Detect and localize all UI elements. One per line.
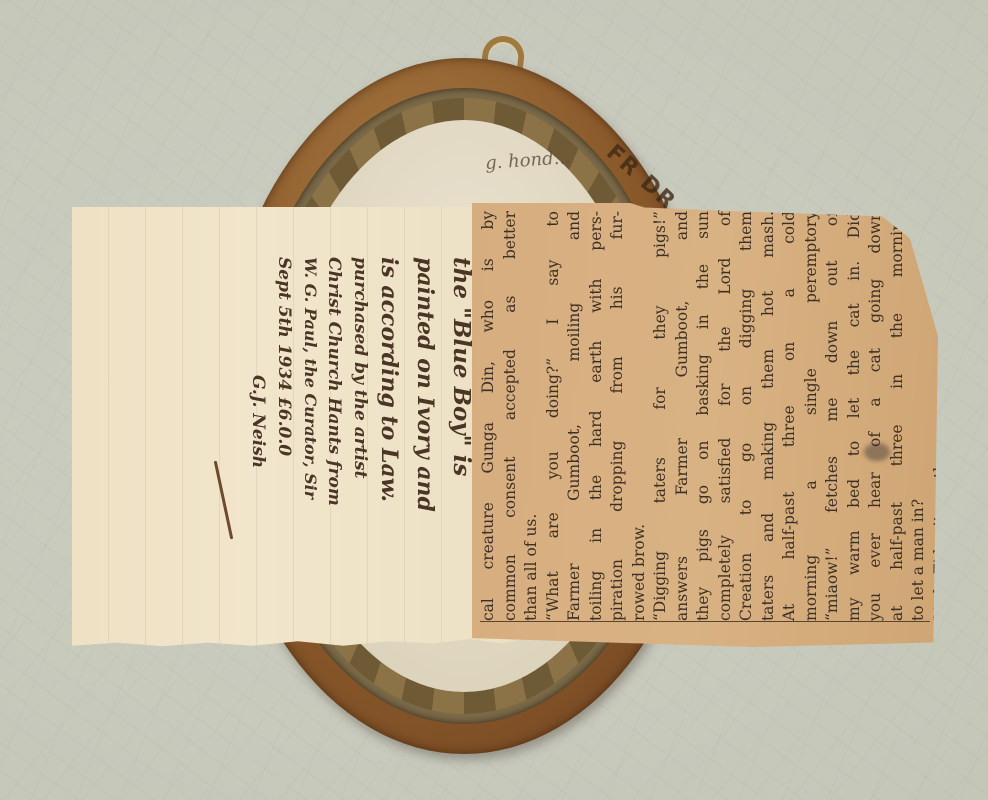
note-text-block: This Miniature of the "Blue Boy" is pain…	[72, 207, 524, 657]
clipping-line: at half-past three in the morning	[887, 211, 909, 621]
clipping-line: At half-past three on a cold	[779, 211, 801, 621]
clipping-line: rowed brow.	[629, 211, 651, 621]
note-line: Sept 5th 1934 £6.0.0	[274, 257, 294, 456]
note-line: painted on Ivory and	[412, 257, 438, 512]
note-line: W. G. Paul, the Curator, Sir	[301, 257, 320, 499]
clipping-line: common consent accepted as better	[500, 211, 522, 621]
clipping-line: than all of us.	[521, 211, 543, 621]
clipping-line: to let a man in?	[908, 211, 930, 621]
clipping-line: Little Fido sits on the	[930, 211, 939, 621]
note-line: is according to Law.	[376, 257, 402, 502]
clipping-line: cal creature Gunga Din, who is by	[478, 211, 500, 621]
note-line: purchased by the artist	[350, 257, 370, 478]
note-line: the "Blue Boy" is	[448, 257, 475, 476]
clipping-line: toiling in the hard earth with pers-	[586, 211, 608, 621]
clipping-line: Farmer Gumboot, moiling and	[564, 211, 586, 621]
clipping-line: “What are you doing?” I say to	[543, 211, 565, 621]
clipping-line: my warm bed to let the cat in. Did	[844, 211, 866, 621]
clipping-line: piration dropping from his fur-	[607, 211, 629, 621]
clipping-line: “miaow!” fetches me down out of	[822, 211, 844, 621]
photo-scene: g. hond... FR DR. This Miniature of the …	[0, 0, 988, 800]
note-signature: G.J. Neish	[248, 375, 268, 468]
ink-smudge	[864, 443, 890, 461]
newspaper-clipping: cal creature Gunga Din, who is by common…	[472, 203, 938, 647]
clipping-line: taters and making them hot mash.	[758, 211, 780, 621]
note-line: Christ Church Hants from	[324, 257, 344, 506]
clipping-line: “Digging taters for they pigs!”	[650, 211, 672, 621]
clipping-line: answers Farmer Gumboot, and	[672, 211, 694, 621]
clipping-text-column: cal creature Gunga Din, who is by common…	[478, 203, 938, 621]
clipping-line: completely satisfied for the Lord of	[715, 211, 737, 621]
miniature-backing-script: g. hond...	[428, 143, 629, 178]
clipping-line: morning a single peremptory	[801, 211, 823, 621]
clipping-column-rule	[480, 621, 930, 622]
clipping-line: they pigs go on basking in the sun	[693, 211, 715, 621]
clipping-line: Creation to go on digging them	[736, 211, 758, 621]
clipping-line: you ever hear of a cat going down	[865, 211, 887, 621]
